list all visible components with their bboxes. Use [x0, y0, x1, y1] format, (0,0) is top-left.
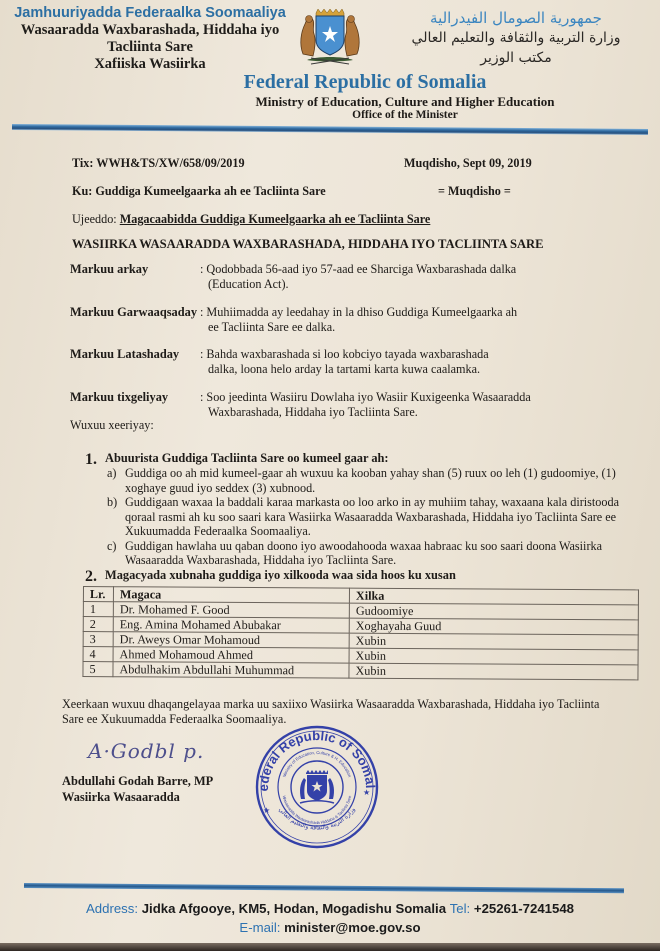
- member-role: Xoghayaha Guud: [349, 618, 638, 635]
- member-name: Ahmed Mohamoud Ahmed: [113, 647, 349, 663]
- member-role: Xubin: [349, 663, 638, 680]
- preamble-value-4: : Soo jeedinta Wasiiru Dowlaha iyo Wasii…: [200, 390, 620, 420]
- decision-1b: b) Guddigaan waxaa la baddali karaa mark…: [85, 495, 625, 539]
- letterhead-so-line3: Tacliinta Sare: [0, 39, 300, 56]
- tel-value: +25261-7241548: [470, 901, 574, 916]
- member-number: 1: [83, 602, 113, 617]
- member-number: 2: [83, 617, 113, 632]
- signer-title: Wasiirka Wasaaradda: [62, 789, 213, 805]
- preamble-value-1: : Qodobbada 56-aad iyo 57-aad ee Sharcig…: [200, 262, 620, 292]
- letter-date: Muqdisho, Sept 09, 2019: [404, 156, 532, 171]
- decisions-list: 1. Abuurista Guddiga Tacliinta Sare oo k…: [85, 451, 625, 583]
- member-name: Dr. Aweys Omar Mohamoud: [113, 632, 349, 648]
- letterhead-arabic: جمهورية الصومال الفيدرالية وزارة التربية…: [380, 8, 652, 68]
- reference-number: Tix: WWH&TS/XW/658/09/2019: [72, 156, 245, 171]
- subject-label: Ujeeddo:: [72, 212, 120, 226]
- letterhead-en-line1: Federal Republic of Somalia: [0, 70, 660, 94]
- footer-address-line: Address: Jidka Afgooye, KM5, Hodan, Moga…: [0, 901, 660, 916]
- svg-text:★: ★: [263, 806, 270, 815]
- footer-email-line: E-mail: minister@moe.gov.so: [0, 920, 660, 935]
- decided-label: Wuxuu xeeriyay:: [70, 418, 154, 433]
- letterhead-ar-line1: جمهورية الصومال الفيدرالية: [380, 8, 652, 28]
- decision-1-heading: Abuurista Guddiga Tacliinta Sare oo kume…: [85, 451, 625, 466]
- email-label: E-mail:: [239, 920, 280, 935]
- preamble-label-2: Markuu Garwaaqsaday: [70, 305, 197, 320]
- members-table: Lr. Magaca Xilka 1Dr. Mohamed F. GoodGud…: [82, 586, 639, 680]
- member-number: 4: [83, 647, 113, 662]
- subject-line: Ujeeddo: Magacaabidda Guddiga Kumeelgaar…: [72, 212, 430, 227]
- member-role: Gudoomiye: [349, 603, 638, 620]
- letterhead-ar-line2: وزارة التربية والثقافة والتعليم العالي: [380, 28, 652, 48]
- signer-block: Abdullahi Godah Barre, MP Wasiirka Wasaa…: [62, 773, 213, 805]
- recipient: Ku: Guddiga Kumeelgaarka ah ee Tacliinta…: [72, 184, 326, 199]
- letterhead-divider: [12, 124, 648, 135]
- letterhead-en-line3: Office of the Minister: [0, 109, 660, 122]
- tel-label: Tel:: [450, 901, 471, 916]
- footer-divider: [24, 883, 624, 893]
- column-header-role: Xilka: [349, 588, 638, 605]
- letterhead-ar-line3: مكتب الوزير: [380, 48, 652, 68]
- signer-name: Abdullahi Godah Barre, MP: [62, 773, 213, 789]
- subject-text: Magacaabidda Guddiga Kumeelgaarka ah ee …: [120, 212, 431, 226]
- member-name: Dr. Mohamed F. Good: [113, 602, 349, 618]
- column-header-name: Magaca: [113, 587, 349, 603]
- member-role: Xubin: [349, 633, 638, 650]
- member-name: Abdulhakim Abdullahi Muhummad: [113, 662, 349, 678]
- members-table-body: 1Dr. Mohamed F. GoodGudoomiye2Eng. Amina…: [83, 602, 638, 680]
- letterhead-english: Federal Republic of Somalia Ministry of …: [0, 70, 660, 122]
- member-number: 5: [83, 662, 113, 677]
- recipient-city: = Muqdisho =: [438, 184, 511, 199]
- address-value: Jidka Afgooye, KM5, Hodan, Mogadishu Som…: [138, 901, 450, 916]
- preamble-value-2: : Muhiimadda ay leedahay in la dhiso Gud…: [200, 305, 620, 335]
- handwritten-signature: A·Godbl p.: [88, 739, 204, 763]
- letterhead-somali: Jamhuuriyadda Federaalka Soomaaliya Wasa…: [0, 4, 300, 73]
- letterhead-en-line2: Ministry of Education, Culture and Highe…: [0, 94, 660, 109]
- address-label: Address:: [86, 901, 138, 916]
- member-name: Eng. Amina Mohamed Abubakar: [113, 617, 349, 633]
- svg-text:Ministry of Education, Culture: Ministry of Education, Culture & H. Educ…: [282, 750, 353, 778]
- decision-1c: c) Guddigan hawlaha uu qaban doono iyo a…: [85, 539, 625, 568]
- decision-1a: a) Guddiga oo ah mid kumeel-gaar ah wuxu…: [85, 466, 625, 495]
- preamble-value-3: : Bahda waxbarashada si loo kobciyo taya…: [200, 347, 620, 377]
- svg-text:★: ★: [363, 788, 370, 797]
- letterhead-so-line1: Jamhuuriyadda Federaalka Soomaaliya: [0, 4, 300, 22]
- preamble-label-4: Markuu tixgeliyay: [70, 390, 168, 405]
- member-role: Xubin: [349, 648, 638, 665]
- decision-2: 2. Magacyada xubnaha guddiga iyo xilkood…: [85, 568, 625, 583]
- member-number: 3: [83, 632, 113, 647]
- preamble-label-1: Markuu arkay: [70, 262, 148, 277]
- coat-of-arms-icon: [293, 6, 367, 68]
- decision-2-heading: Magacyada xubnaha guddiga iyo xilkooda w…: [85, 568, 625, 583]
- column-header-number: Lr.: [83, 587, 113, 602]
- issuer-heading: WASIIRKA WASAARADDA WAXBARASHADA, HIDDAH…: [72, 237, 544, 252]
- preamble-label-3: Markuu Latashaday: [70, 347, 179, 362]
- desk-edge: [0, 943, 660, 951]
- email-value[interactable]: minister@moe.gov.so: [280, 920, 420, 935]
- letterhead-so-line2: Wasaaradda Waxbarashada, Hiddaha iyo: [0, 22, 300, 39]
- official-stamp-icon: Federal Republic of Somalia Ministry of …: [252, 723, 382, 851]
- table-row: 5Abdulhakim Abdullahi MuhummadXubin: [83, 662, 638, 680]
- letter-page: Jamhuuriyadda Federaalka Soomaaliya Wasa…: [0, 0, 660, 951]
- decision-1: 1. Abuurista Guddiga Tacliinta Sare oo k…: [85, 451, 625, 568]
